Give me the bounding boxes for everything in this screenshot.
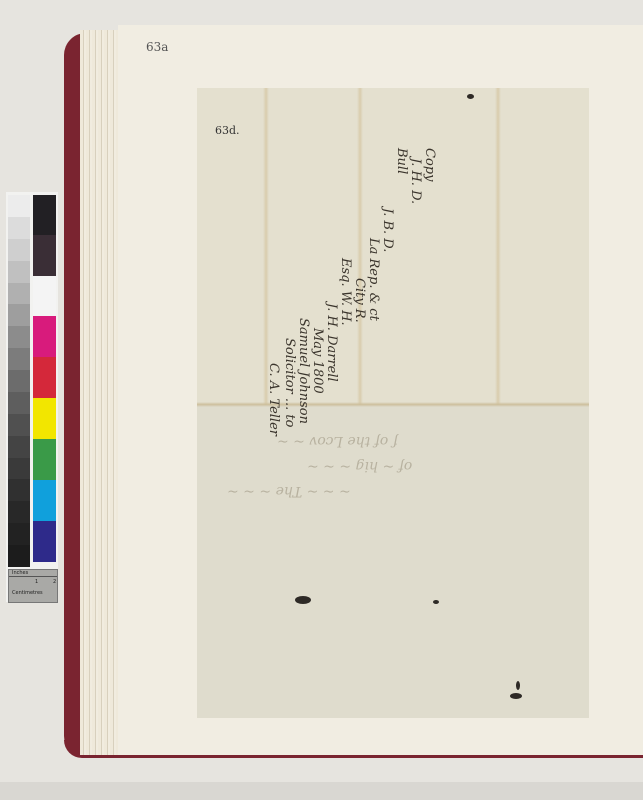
letter-lower-panel: [197, 405, 589, 718]
handwriting-line: Solicitor ... to: [282, 338, 297, 427]
handwriting-line: C. A. Teller: [266, 363, 281, 436]
scale-inches-label: Inches: [9, 570, 57, 577]
gray-step: [8, 479, 30, 501]
ink-blot: [510, 693, 522, 699]
letter-label: 63d.: [215, 124, 240, 137]
measurement-scale: Inches 1 2 Centimetres: [8, 569, 58, 603]
color-patch-green: [33, 439, 56, 480]
ink-blot: [433, 600, 439, 604]
ink-blot: [467, 94, 474, 99]
color-patch-red: [33, 357, 56, 398]
bleed-through-text: ſ of the Lcov ~ ~: [277, 433, 398, 449]
gray-step: [8, 501, 30, 523]
handwriting-line: La Rep. & ct: [366, 238, 381, 321]
handwriting-line: Samuel Johnson: [296, 318, 311, 424]
fold-line: [263, 88, 269, 405]
gray-step: [8, 261, 30, 283]
background-strip: [0, 782, 643, 800]
gray-step: [8, 392, 30, 414]
gray-step: [8, 304, 30, 326]
bleed-through-text: of ~ hig ~ ~ ~: [307, 458, 412, 474]
mounted-letter: 63d. Copy J. H. D. Bull J. B. D. La Rep.…: [197, 88, 589, 718]
color-patch-white: [33, 276, 56, 316]
handwriting-line: J. B. D.: [380, 208, 395, 252]
fold-line-horizontal: [197, 402, 589, 407]
gray-step: [8, 523, 30, 545]
color-patch-black: [33, 195, 56, 235]
gray-step: [8, 458, 30, 480]
gray-step: [8, 348, 30, 370]
color-calibration-chart: Inches 1 2 Centimetres: [6, 192, 58, 602]
fold-line: [495, 88, 501, 405]
handwriting-line: Copy: [422, 148, 437, 181]
handwriting-line: May 1800: [310, 328, 325, 394]
gray-step: [8, 545, 30, 567]
color-patch-blue: [33, 521, 56, 562]
scale-tick-2: 2: [53, 579, 56, 585]
gray-step: [8, 370, 30, 392]
gray-step: [8, 283, 30, 305]
scale-tick-1: 1: [35, 579, 38, 585]
gray-step: [8, 436, 30, 458]
color-patch-dark-brown: [33, 235, 56, 276]
bleed-through-text: ~ ~ ~ The ~ ~ ~: [227, 483, 351, 499]
color-patch-cyan: [33, 480, 56, 521]
handwriting-line: Bull: [394, 148, 409, 174]
color-patch-magenta: [33, 316, 56, 357]
handwriting-line: City R.: [352, 278, 367, 323]
page-number: 63a: [146, 40, 168, 54]
fold-line: [357, 88, 363, 405]
handwriting-line: J. H. D.: [408, 158, 423, 204]
gray-step: [8, 239, 30, 261]
handwriting-line: J. H. Darrell: [324, 303, 339, 382]
ink-blot: [295, 596, 311, 604]
gray-step: [8, 414, 30, 436]
gray-step: [8, 217, 30, 239]
handwriting-line: Esq. W. H.: [338, 258, 353, 326]
color-patch-yellow: [33, 398, 56, 439]
gray-step: [8, 326, 30, 348]
gray-step: [8, 195, 30, 217]
scale-centimetres-label: Centimetres: [12, 590, 43, 596]
ink-blot: [516, 681, 520, 690]
